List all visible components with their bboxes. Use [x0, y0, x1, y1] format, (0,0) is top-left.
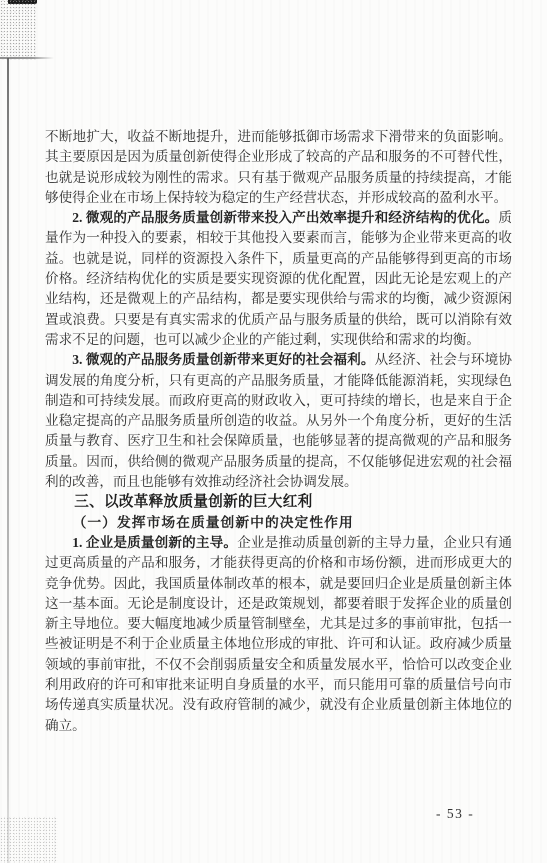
heading-text: 三、以改革释放质量创新的巨大红利	[74, 494, 312, 510]
section-heading: 三、以改革释放质量创新的巨大红利	[45, 492, 512, 512]
paragraph-lead: 1. 企业是质量创新的主导。	[72, 535, 237, 550]
paragraph: 1. 企业是质量创新的主导。企业是推动质量创新的主导力量，企业只有通过更高质量的…	[45, 533, 512, 736]
scan-artifact-bottom-noise	[0, 816, 58, 863]
paragraph-text: 质量作为一种投入的要素，相较于其他投入要素而言，能够为企业带来更高的收益。也就是…	[45, 210, 512, 347]
paragraph: 3. 微观的产品服务质量创新带来更好的社会福利。从经济、社会与环境协调发展的角度…	[45, 350, 512, 492]
scan-artifact-fold-line	[7, 58, 9, 863]
section-heading: （一）发挥市场在质量创新中的决定性作用	[45, 513, 512, 533]
scan-artifact-corner-noise	[0, 0, 36, 60]
scanned-document-page: 不断地扩大，收益不断地提升，进而能够抵御市场需求下滑带来的负面影响。其主要原因是…	[0, 0, 547, 863]
paragraph: 2. 微观的产品服务质量创新带来投入产出效率提升和经济结构的优化。质量作为一种投…	[45, 208, 512, 350]
paragraph-lead: 3. 微观的产品服务质量创新带来更好的社会福利。	[72, 352, 374, 367]
paragraph-text: 从经济、社会与环境协调发展的角度分析，只有更高的产品服务质量，才能降低能源消耗，…	[45, 352, 512, 489]
page-number: - 53 -	[436, 806, 474, 822]
paragraph-text: 企业是推动质量创新的主导力量，企业只有通过更高质量的产品和服务，才能获得更高的价…	[45, 535, 512, 733]
paragraph-lead: 2. 微观的产品服务质量创新带来投入产出效率提升和经济结构的优化。	[72, 210, 498, 225]
paragraph: 不断地扩大，收益不断地提升，进而能够抵御市场需求下滑带来的负面影响。其主要原因是…	[45, 127, 512, 208]
heading-text: （一）发挥市场在质量创新中的决定性作用	[73, 515, 354, 530]
paragraph-text: 不断地扩大，收益不断地提升，进而能够抵御市场需求下滑带来的负面影响。其主要原因是…	[45, 129, 512, 205]
text-block: 不断地扩大，收益不断地提升，进而能够抵御市场需求下滑带来的负面影响。其主要原因是…	[45, 127, 512, 736]
